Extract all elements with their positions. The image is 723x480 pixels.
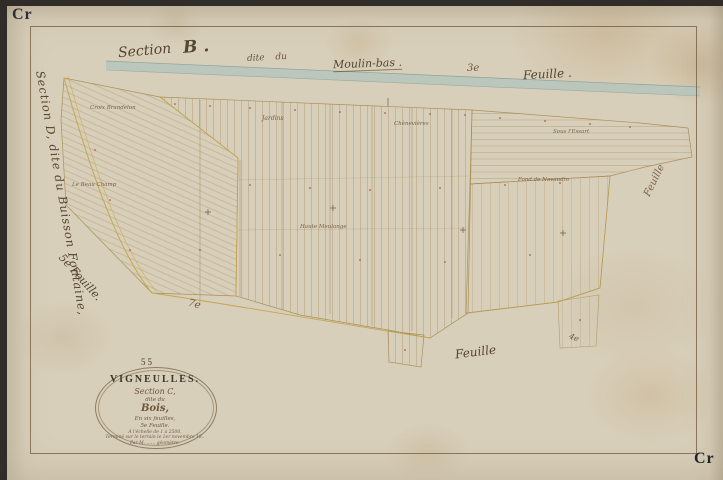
cartouche-section: Section C, [95,387,215,397]
top-title-sheet-number: 3e [467,64,479,74]
archive-stamp-top-left: Cr [12,6,33,24]
cartouche-name: Bois, [95,403,215,416]
parcel-label-croix-brandelon: Croix Brandelon [90,106,136,112]
parcel-label-jardins: Jardins [262,116,284,122]
cartouche-dite: dite du [95,397,215,404]
parcel-label-beau-champ: Le Beau Champ [72,183,116,189]
parcel-label-haute-meulange: Haute Meulange [300,225,347,231]
paper-sheet: Section B . dite du Moulin-bas . 3e Feui… [7,6,723,480]
parcel-label-sous-lessart: Sous l'Essart [553,130,589,136]
scanned-cadastral-map: Section B . dite du Moulin-bas . 3e Feui… [0,0,723,480]
cartouche-commune: VIGNEULLES. [95,374,215,387]
cartouche-plate-number: 55 [141,358,154,367]
cartouche-feuilles: En six feuilles, [95,416,215,423]
cartouche-text-block: VIGNEULLES. Section C, dite du Bois, En … [95,374,215,447]
top-title-place-name: Moulin-bas . [333,57,402,72]
parcel-label-chenevieres: Chènevières [394,122,429,128]
archive-stamp-bottom-right: Cr [694,450,715,468]
cartouche-surveyor-line: Par M. ….., géomètre. [95,441,215,447]
parcel-label-fond-navaudin: Fond de Navaudin [518,178,569,184]
top-title-sheet-word: Feuille . [523,67,572,82]
cartouche-sheet: 5e Feuille. [95,423,215,430]
top-title-section-letter: B . [182,38,209,57]
